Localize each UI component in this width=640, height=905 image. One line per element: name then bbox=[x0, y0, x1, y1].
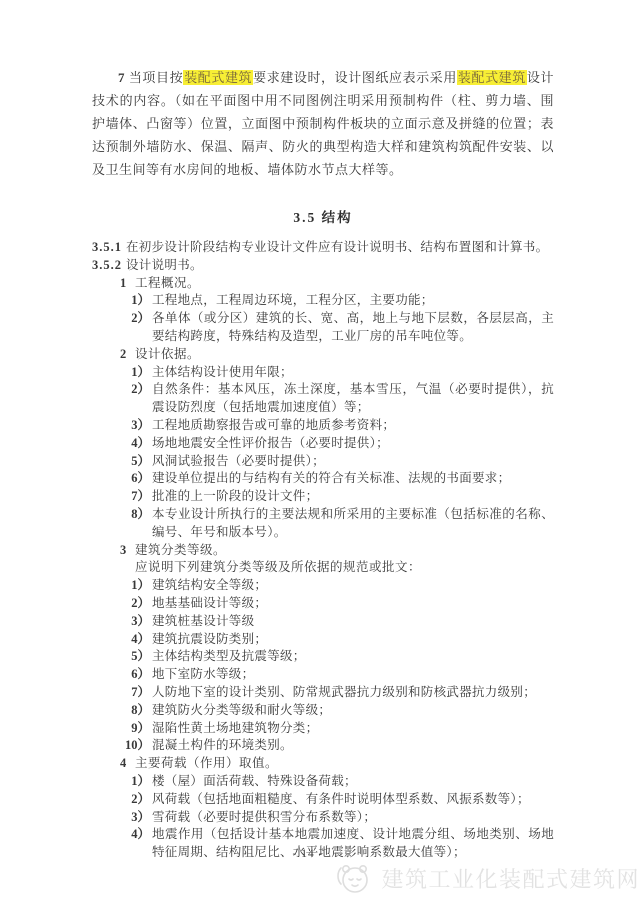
item-text: 主体结构设计使用年限； bbox=[150, 364, 554, 382]
section-intro: 应说明下列建筑分类等级及所依据的规范或批文： bbox=[92, 559, 554, 577]
item-number: 7） bbox=[120, 684, 150, 702]
highlighted-term: 装配式建筑 bbox=[183, 70, 253, 85]
item-number: 5） bbox=[120, 453, 150, 471]
section-title: 工程概况。 bbox=[135, 275, 200, 293]
list-item: 10）混凝土构件的环境类别。 bbox=[92, 737, 554, 755]
list-item: 1）主体结构设计使用年限； bbox=[92, 364, 554, 382]
item-text: 建筑结构安全等级； bbox=[150, 577, 554, 595]
item-text: 混凝土构件的环境类别。 bbox=[150, 737, 554, 755]
section-number: 2 bbox=[120, 346, 135, 364]
item-number: 8） bbox=[120, 702, 150, 720]
clause-list: 3.5.1在初步设计阶段结构专业设计文件应有设计说明书、结构布置图和计算书。3.… bbox=[92, 239, 554, 275]
list-item: 6）建设单位提出的与结构有关的符合有关标准、法规的书面要求； bbox=[92, 470, 554, 488]
panda-logo-icon bbox=[333, 860, 377, 896]
item-text: 地基基础设计等级； bbox=[150, 595, 554, 613]
section-heading: 3.5 结构 bbox=[92, 206, 554, 226]
item-number: 5） bbox=[120, 648, 150, 666]
item-text: 各单体（或分区）建筑的长、宽、高，地上与地下层数，各层层高，主要结构跨度，特殊结… bbox=[150, 310, 554, 346]
item-number: 10） bbox=[120, 737, 150, 755]
item-number: 7） bbox=[120, 488, 150, 506]
clause-text: 在初步设计阶段结构专业设计文件应有设计说明书、结构布置图和计算书。 bbox=[126, 239, 554, 257]
item-number: 6） bbox=[120, 470, 150, 488]
paragraph-number: 7 bbox=[118, 70, 125, 85]
list-item: 7）批准的上一阶段的设计文件； bbox=[92, 488, 554, 506]
list-item: 3）工程地质勘察报告或可靠的地质参考资料； bbox=[92, 417, 554, 435]
item-text: 建筑抗震设防类别； bbox=[150, 631, 554, 649]
section-header: 1工程概况。 bbox=[92, 275, 554, 293]
list-item: 1）建筑结构安全等级； bbox=[92, 577, 554, 595]
list-item: 2）地基基础设计等级； bbox=[92, 595, 554, 613]
section-title: 设计依据。 bbox=[135, 346, 200, 364]
list-item: 4）场地地震安全性评价报告（必要时提供）； bbox=[92, 435, 554, 453]
item-number: 1） bbox=[120, 364, 150, 382]
section-header: 2设计依据。 bbox=[92, 346, 554, 364]
item-text: 人防地下室的设计类别、防常规武器抗力级别和防核武器抗力级别； bbox=[150, 684, 554, 702]
item-number: 4） bbox=[120, 435, 150, 453]
item-text: 风荷载（包括地面粗糙度、有条件时说明体型系数、风振系数等）； bbox=[150, 791, 554, 809]
section-title: 主要荷载（作用）取值。 bbox=[135, 755, 278, 773]
item-number: 3） bbox=[120, 613, 150, 631]
list-item: 4）建筑抗震设防类别； bbox=[92, 631, 554, 649]
section-1: 1工程概况。1）工程地点，工程周边环境，工程分区，主要功能；2）各单体（或分区）… bbox=[92, 275, 554, 346]
list-item: 2）风荷载（包括地面粗糙度、有条件时说明体型系数、风振系数等）； bbox=[92, 791, 554, 809]
item-text: 工程地质勘察报告或可靠的地质参考资料； bbox=[150, 417, 554, 435]
list-item: 3）雪荷载（必要时提供积雪分布系数等）； bbox=[92, 809, 554, 827]
item-text: 建筑桩基设计等级 bbox=[150, 613, 554, 631]
section-number: 3 bbox=[120, 542, 135, 560]
item-text: 建设单位提出的与结构有关的符合有关标准、法规的书面要求； bbox=[150, 470, 554, 488]
scanned-document-page: { "document": { "intro": { "segments": [… bbox=[0, 0, 640, 905]
item-text: 本专业设计所执行的主要法规和所采用的主要标准（包括标准的名称、编号、年号和版本号… bbox=[150, 506, 554, 542]
intro-paragraph: 7 当项目按装配式建筑要求建设时，设计图纸应表示采用装配式建筑设计技术的内容。（… bbox=[92, 66, 554, 181]
page-number: - 14 - bbox=[0, 848, 616, 860]
clause-row: 3.5.2设计说明书。 bbox=[92, 257, 554, 275]
item-text: 场地地震安全性评价报告（必要时提供）； bbox=[150, 435, 554, 453]
item-text: 地下室防水等级； bbox=[150, 666, 554, 684]
intro-text-segment: 要求建设时，设计图纸应表示采用 bbox=[253, 70, 457, 85]
item-number: 3） bbox=[120, 417, 150, 435]
list-item: 2）各单体（或分区）建筑的长、宽、高，地上与地下层数，各层层高，主要结构跨度，特… bbox=[92, 310, 554, 346]
clause-text: 设计说明书。 bbox=[126, 257, 554, 275]
section-list: 1工程概况。1）工程地点，工程周边环境，工程分区，主要功能；2）各单体（或分区）… bbox=[92, 275, 554, 862]
item-text: 工程地点，工程周边环境，工程分区，主要功能； bbox=[150, 292, 554, 310]
section-4: 4主要荷载（作用）取值。1）楼（屋）面活荷载、特殊设备荷载；2）风荷载（包括地面… bbox=[92, 755, 554, 862]
section-header: 4主要荷载（作用）取值。 bbox=[92, 755, 554, 773]
item-number: 2） bbox=[120, 595, 150, 613]
section-3: 3建筑分类等级。应说明下列建筑分类等级及所依据的规范或批文：1）建筑结构安全等级… bbox=[92, 542, 554, 756]
watermark-text: 建筑工业化装配式建筑网 bbox=[381, 863, 640, 894]
item-text: 自然条件：基本风压，冻土深度，基本雪压，气温（必要时提供），抗震设防烈度（包括地… bbox=[150, 381, 554, 417]
list-item: 3）建筑桩基设计等级 bbox=[92, 613, 554, 631]
item-number: 2） bbox=[120, 791, 150, 809]
item-number: 1） bbox=[120, 773, 150, 791]
clause-number: 3.5.2 bbox=[92, 257, 126, 275]
item-text: 建筑防火分类等级和耐火等级； bbox=[150, 702, 554, 720]
item-number: 9） bbox=[120, 720, 150, 738]
item-number: 1） bbox=[120, 577, 150, 595]
intro-text-segment: 设计技术的内容。（如在平面图中用不同图例注明采用预制构件（柱、剪力墙、围护墙体、… bbox=[92, 70, 554, 177]
list-item: 7）人防地下室的设计类别、防常规武器抗力级别和防核武器抗力级别； bbox=[92, 684, 554, 702]
list-item: 5）主体结构类型及抗震等级； bbox=[92, 648, 554, 666]
list-item: 9）湿陷性黄土场地建筑物分类； bbox=[92, 720, 554, 738]
watermark: 建筑工业化装配式建筑网 bbox=[333, 860, 640, 896]
list-item: 1）楼（屋）面活荷载、特殊设备荷载； bbox=[92, 773, 554, 791]
list-item: 6）地下室防水等级； bbox=[92, 666, 554, 684]
section-2: 2设计依据。1）主体结构设计使用年限；2）自然条件：基本风压，冻土深度，基本雪压… bbox=[92, 346, 554, 542]
item-number: 4） bbox=[120, 631, 150, 649]
item-number: 6） bbox=[120, 666, 150, 684]
list-item: 1）工程地点，工程周边环境，工程分区，主要功能； bbox=[92, 292, 554, 310]
list-item: 8）本专业设计所执行的主要法规和所采用的主要标准（包括标准的名称、编号、年号和版… bbox=[92, 506, 554, 542]
item-number: 2） bbox=[120, 381, 150, 417]
list-item: 2）自然条件：基本风压，冻土深度，基本雪压，气温（必要时提供），抗震设防烈度（包… bbox=[92, 381, 554, 417]
highlighted-term: 装配式建筑 bbox=[457, 70, 527, 85]
item-text: 主体结构类型及抗震等级； bbox=[150, 648, 554, 666]
item-number: 3） bbox=[120, 809, 150, 827]
section-header: 3建筑分类等级。 bbox=[92, 542, 554, 560]
item-number: 2） bbox=[120, 310, 150, 346]
list-item: 5）风洞试验报告（必要时提供）； bbox=[92, 453, 554, 471]
section-number: 1 bbox=[120, 275, 135, 293]
item-text: 批准的上一阶段的设计文件； bbox=[150, 488, 554, 506]
section-title: 建筑分类等级。 bbox=[135, 542, 226, 560]
clause-number: 3.5.1 bbox=[92, 239, 126, 257]
item-text: 湿陷性黄土场地建筑物分类； bbox=[150, 720, 554, 738]
item-number: 1） bbox=[120, 292, 150, 310]
document-content: 7 当项目按装配式建筑要求建设时，设计图纸应表示采用装配式建筑设计技术的内容。（… bbox=[92, 66, 554, 862]
intro-text-segment: 当项目按 bbox=[125, 70, 183, 85]
section-number: 4 bbox=[120, 755, 135, 773]
item-text: 风洞试验报告（必要时提供）； bbox=[150, 453, 554, 471]
list-item: 8）建筑防火分类等级和耐火等级； bbox=[92, 702, 554, 720]
item-text: 楼（屋）面活荷载、特殊设备荷载； bbox=[150, 773, 554, 791]
clause-row: 3.5.1在初步设计阶段结构专业设计文件应有设计说明书、结构布置图和计算书。 bbox=[92, 239, 554, 257]
item-number: 8） bbox=[120, 506, 150, 542]
item-text: 雪荷载（必要时提供积雪分布系数等）； bbox=[150, 809, 554, 827]
